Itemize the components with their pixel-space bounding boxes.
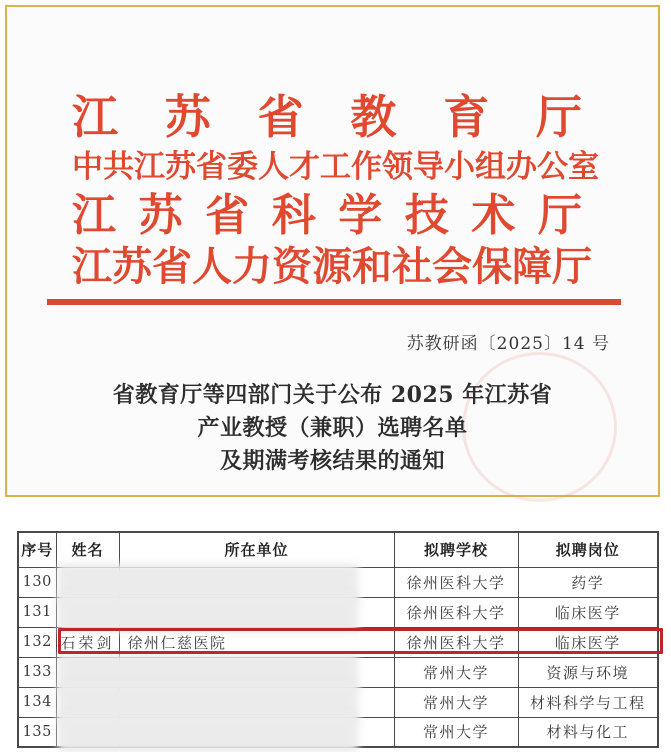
- cell-school: 徐州医科大学: [394, 567, 518, 597]
- notice-title-line-1: 省教育厅等四部门关于公布 2025 年江苏省: [7, 379, 658, 412]
- notice-title-line-3: 及期满考核结果的通知: [7, 445, 658, 478]
- issuer-line-1: 江苏省教育厅: [72, 90, 582, 144]
- cell-post: 材料与化工: [518, 717, 658, 747]
- table-row-130: 130 徐州医科大学 药学: [18, 567, 658, 597]
- cell-no: 132: [18, 627, 56, 657]
- cell-school: 常州大学: [394, 657, 518, 687]
- redaction-smudge: [58, 714, 358, 752]
- table-header-row: 序号 姓名 所在单位 拟聘学校 拟聘岗位: [18, 532, 658, 567]
- cell-school: 常州大学: [394, 717, 518, 747]
- roster-table-section: 序号 姓名 所在单位 拟聘学校 拟聘岗位 130 徐州医科大学 药学 131: [17, 531, 657, 748]
- highlight-box: [58, 628, 663, 654]
- cell-name: [56, 657, 119, 687]
- cell-name: [56, 687, 119, 717]
- header-cell-post: 拟聘岗位: [518, 532, 658, 567]
- official-document: 江苏省教育厅 中共江苏省委人才工作领导小组办公室 江苏省科学技术厅 江苏省人力资…: [5, 5, 660, 497]
- issuing-agencies: 江苏省教育厅 中共江苏省委人才工作领导小组办公室 江苏省科学技术厅 江苏省人力资…: [72, 90, 582, 292]
- header-cell-name: 姓名: [56, 532, 119, 567]
- cell-no: 133: [18, 657, 56, 687]
- cell-school: 徐州医科大学: [394, 597, 518, 627]
- notice-title: 省教育厅等四部门关于公布 2025 年江苏省 产业教授（兼职）选聘名单 及期满考…: [7, 379, 658, 478]
- cell-post: 药学: [518, 567, 658, 597]
- cell-school: 常州大学: [394, 687, 518, 717]
- cell-no: 135: [18, 717, 56, 747]
- header-cell-no: 序号: [18, 532, 56, 567]
- header-cell-school: 拟聘学校: [394, 532, 518, 567]
- issuer-line-3: 江苏省科学技术厅: [72, 190, 582, 242]
- table-row-133: 133 常州大学 资源与环境: [18, 657, 658, 687]
- issuer-line-4: 江苏省人力资源和社会保障厅: [72, 242, 582, 292]
- cell-name: [56, 597, 119, 627]
- redaction-smudge: [58, 594, 358, 632]
- cell-name: [56, 717, 119, 747]
- cell-no: 131: [18, 597, 56, 627]
- cell-post: 临床医学: [518, 597, 658, 627]
- double-red-rule: [47, 299, 621, 305]
- cell-name: [56, 567, 119, 597]
- header-cell-unit: 所在单位: [119, 532, 394, 567]
- issuer-line-2: 中共江苏省委人才工作领导小组办公室: [72, 144, 582, 190]
- table-row-131: 131 徐州医科大学 临床医学: [18, 597, 658, 627]
- table-row-135: 135 常州大学 材料与化工: [18, 717, 658, 747]
- table-row-134: 134 常州大学 材料科学与工程: [18, 687, 658, 717]
- cell-no: 134: [18, 687, 56, 717]
- notice-title-line-2: 产业教授（兼职）选聘名单: [7, 412, 658, 445]
- cell-no: 130: [18, 567, 56, 597]
- cell-post: 资源与环境: [518, 657, 658, 687]
- cell-post: 材料科学与工程: [518, 687, 658, 717]
- page: 江苏省教育厅 中共江苏省委人才工作领导小组办公室 江苏省科学技术厅 江苏省人力资…: [0, 0, 671, 752]
- document-number: 苏教研函〔2025〕14 号: [407, 329, 610, 354]
